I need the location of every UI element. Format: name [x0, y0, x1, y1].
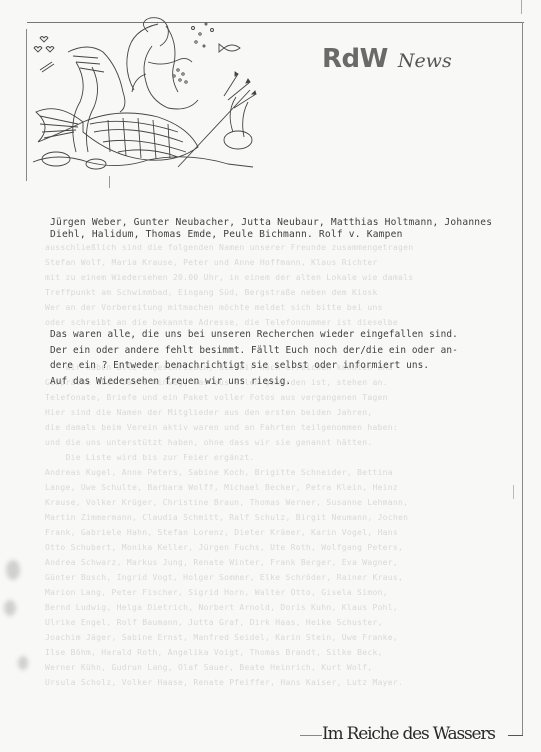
paragraph-line-2: Der ein oder andere fehlt besimmt. Fällt…: [50, 343, 520, 359]
logo-rdw: RdW: [322, 44, 388, 74]
names-line-1: Jürgen Weber, Gunter Neubacher, Jutta Ne…: [50, 217, 520, 229]
closing-paragraph: Das waren alle, die uns bei unseren Rech…: [50, 327, 520, 389]
paragraph-line-3: dere ein ? Entweder benachrichtigt sie s…: [50, 358, 520, 374]
scan-smudge: [18, 656, 28, 670]
scan-mark: [513, 485, 514, 499]
names-list: Jürgen Weber, Gunter Neubacher, Jutta Ne…: [50, 217, 520, 241]
footer-rule-left: [300, 735, 322, 736]
paragraph-line-4: Auf das Wiedersehen freuen wir uns riesi…: [50, 374, 520, 390]
page-edge-mark: [521, 0, 522, 14]
paragraph-line-1: Das waren alle, die uns bei unseren Rech…: [50, 327, 520, 343]
frame-border-left: [26, 29, 27, 181]
newsletter-logo: RdW News: [322, 44, 452, 74]
frame-border-right: [522, 22, 523, 735]
scan-mark: [109, 176, 110, 188]
mermaid-illustration: [28, 12, 258, 172]
logo-news-script: News: [398, 50, 452, 72]
names-line-2: Diehl, Halidum, Thomas Emde, Peule Bichm…: [50, 229, 520, 241]
document-page: ausschließlich sind die folgenden Namen …: [0, 0, 541, 752]
footer-title: Im Reiche des Wassers: [322, 724, 495, 744]
footer-rule-right: [508, 735, 523, 736]
scan-smudge: [6, 560, 20, 580]
scan-smudge: [4, 600, 16, 616]
reverse-side-bleed-through: ausschließlich sind die folgenden Namen …: [45, 240, 515, 690]
